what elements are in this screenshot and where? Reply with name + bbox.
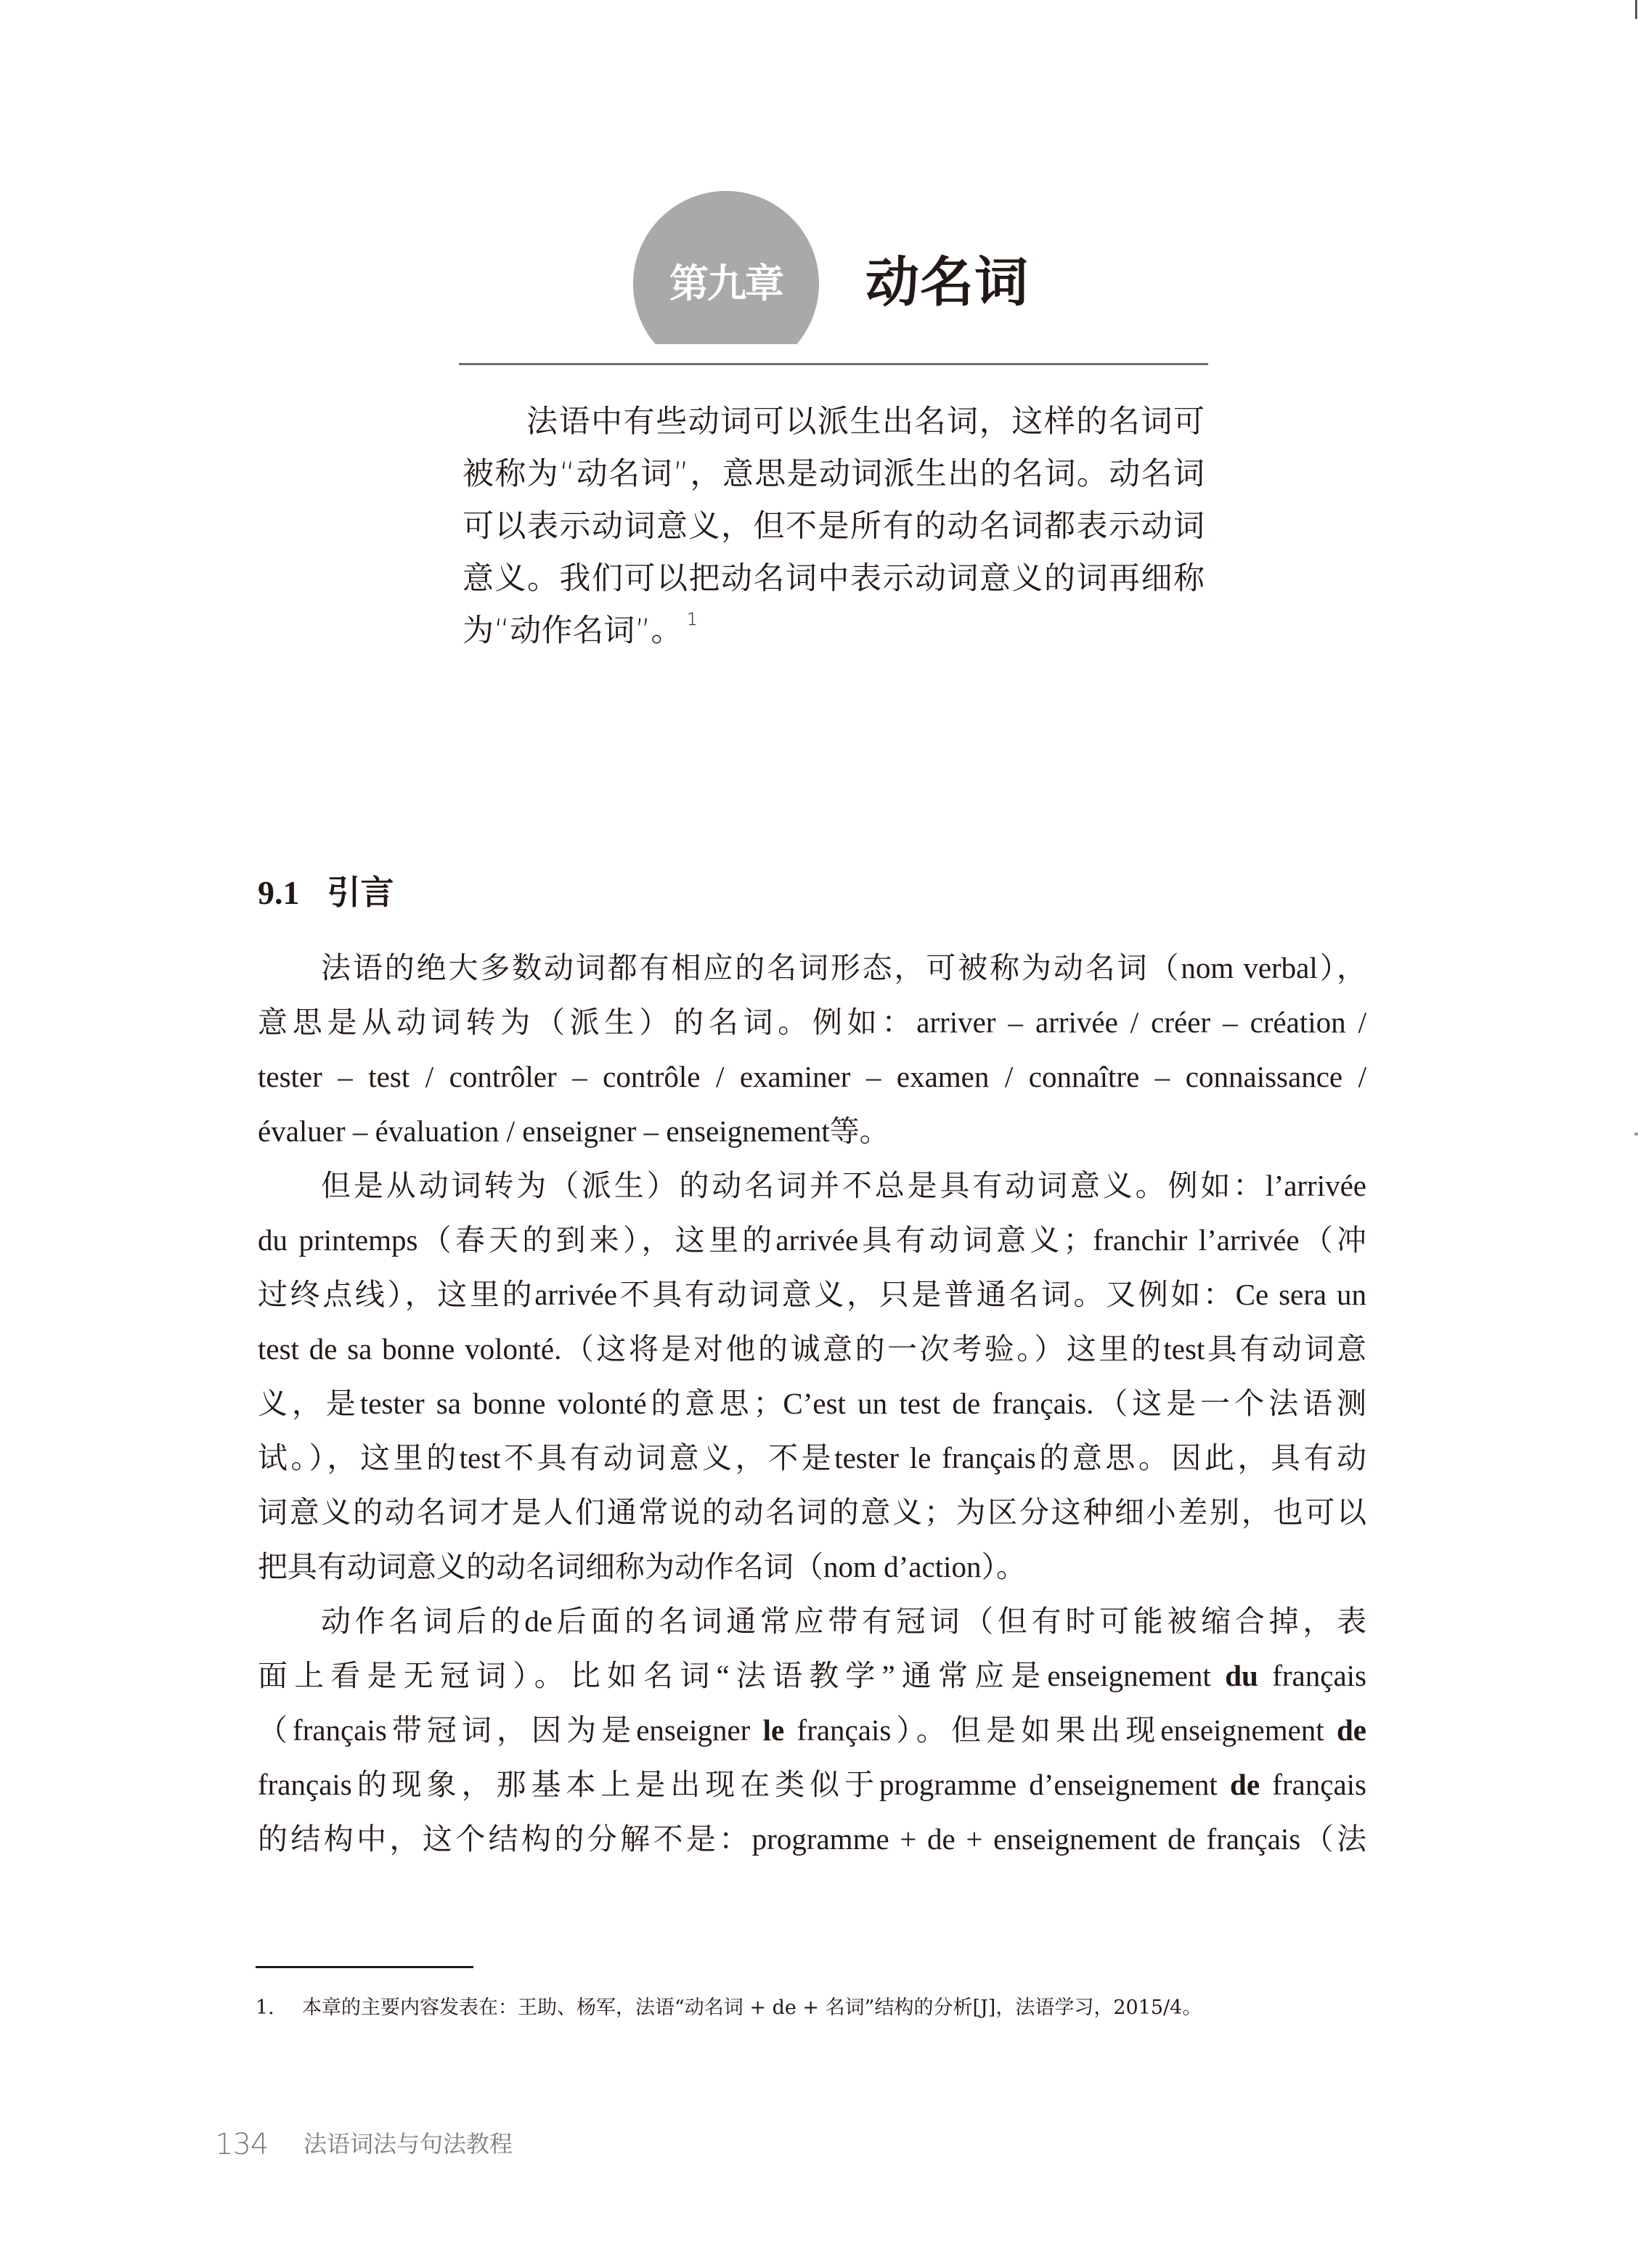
paragraph-1: 法语的绝大多数动词都有相应的名词形态，可被称为动名词（nom verbal）， … bbox=[258, 941, 1366, 1159]
chapter-badge: 第九章 bbox=[633, 191, 819, 344]
section-number: 9.1 bbox=[258, 874, 300, 911]
text-line: 试。），这里的test不具有动词意义，不是tester le français的… bbox=[258, 1431, 1366, 1485]
text-line: 过终点线），这里的arrivée不具有动词意义，只是普通名词。又例如：Ce se… bbox=[258, 1268, 1366, 1322]
text-line: 词意义的动名词才是人们通常说的动名词的意义；为区分这种细小差别，也可以 bbox=[258, 1485, 1366, 1540]
paragraph-3: 动作名词后的de后面的名词通常应带有冠词（但有时可能被缩合掉，表 面上看是无冠词… bbox=[258, 1594, 1366, 1867]
chapter-number-label: 第九章 bbox=[633, 258, 819, 309]
footnote-text: 本章的主要内容发表在：王助、杨军，法语“动名词 + de + 名词”结构的分析[… bbox=[302, 1996, 1202, 2019]
text-segment: 的结构中，这个结构的分解不是：programme + de + enseigne… bbox=[258, 1822, 1366, 1856]
chapter-title: 动名词 bbox=[865, 250, 1029, 315]
text-line: （français带冠词，因为是enseigner le français）。但… bbox=[258, 1703, 1366, 1758]
text-line: français的现象，那基本上是出现在类似于programme d’ensei… bbox=[258, 1758, 1366, 1812]
section-heading: 9.1引言 bbox=[258, 871, 394, 915]
text-segment: 动作名词后的de后面的名词通常应带有冠词（但有时可能被缩合掉，表 bbox=[321, 1604, 1366, 1638]
text-line: tester – test / contrôler – contrôle / e… bbox=[258, 1050, 1366, 1104]
text-line: 的结构中，这个结构的分解不是：programme + de + enseigne… bbox=[258, 1812, 1366, 1867]
registration-mark bbox=[1634, 1133, 1638, 1135]
bold-article: du bbox=[1225, 1659, 1258, 1692]
text-segment: 面上看是无冠词）。比如名词“法语教学”通常应是enseignement bbox=[258, 1659, 1225, 1692]
section-title: 引言 bbox=[327, 874, 394, 911]
text-line: 意思是从动词转为（派生）的名词。例如：arriver – arrivée / c… bbox=[258, 995, 1366, 1050]
body-text: 法语的绝大多数动词都有相应的名词形态，可被称为动名词（nom verbal）， … bbox=[258, 941, 1366, 1867]
text-segment: français bbox=[1260, 1768, 1366, 1801]
text-segment: （français带冠词，因为是enseigner bbox=[258, 1713, 763, 1747]
footnote-ref[interactable]: 1 bbox=[687, 609, 698, 629]
paragraph-2: 但是从动词转为（派生）的动名词并不总是具有动词意义。例如：l’arrivée d… bbox=[258, 1159, 1366, 1594]
bold-article: de bbox=[1230, 1768, 1260, 1801]
footnote: 1.本章的主要内容发表在：王助、杨军，法语“动名词 + de + 名词”结构的分… bbox=[256, 1994, 1366, 2023]
page-footer: 134法语词法与句法教程 bbox=[215, 2126, 513, 2163]
text-line: évaluer – évaluation / enseigner – ensei… bbox=[258, 1104, 1366, 1159]
text-line: 面上看是无冠词）。比如名词“法语教学”通常应是enseignement du f… bbox=[258, 1649, 1366, 1703]
text-line: du printemps（春天的到来），这里的arrivée具有动词意义；fra… bbox=[258, 1213, 1366, 1268]
crop-mark bbox=[1635, 0, 1637, 19]
footnote-number: 1. bbox=[256, 1994, 302, 2023]
bold-article: de bbox=[1337, 1713, 1366, 1747]
chapter-divider bbox=[459, 363, 1208, 365]
text-line: 动作名词后的de后面的名词通常应带有冠词（但有时可能被缩合掉，表 bbox=[258, 1594, 1366, 1649]
text-segment: français的现象，那基本上是出现在类似于programme d’ensei… bbox=[258, 1768, 1230, 1801]
text-segment: français bbox=[1258, 1659, 1366, 1692]
text-line: 但是从动词转为（派生）的动名词并不总是具有动词意义。例如：l’arrivée bbox=[258, 1159, 1366, 1213]
text-segment: français）。但是如果出现enseignement bbox=[784, 1713, 1337, 1747]
text-line: 义，是tester sa bonne volonté的意思；C’est un t… bbox=[258, 1376, 1366, 1431]
bold-article: le bbox=[763, 1713, 785, 1747]
chapter-intro: 法语中有些动词可以派生出名词，这样的名词可被称为“动名词”，意思是动词派生出的名… bbox=[463, 396, 1205, 657]
book-title: 法语词法与句法教程 bbox=[303, 2130, 513, 2158]
page-number: 134 bbox=[215, 2126, 303, 2163]
text-line: 法语的绝大多数动词都有相应的名词形态，可被称为动名词（nom verbal）， bbox=[258, 941, 1366, 995]
text-line: test de sa bonne volonté.（这将是对他的诚意的一次考验。… bbox=[258, 1322, 1366, 1376]
chapter-intro-text: 法语中有些动词可以派生出名词，这样的名词可被称为“动名词”，意思是动词派生出的名… bbox=[463, 404, 1205, 649]
text-line: 把具有动词意义的动名词细称为动作名词（nom d’action）。 bbox=[258, 1540, 1366, 1594]
footnote-divider bbox=[256, 1966, 473, 1968]
